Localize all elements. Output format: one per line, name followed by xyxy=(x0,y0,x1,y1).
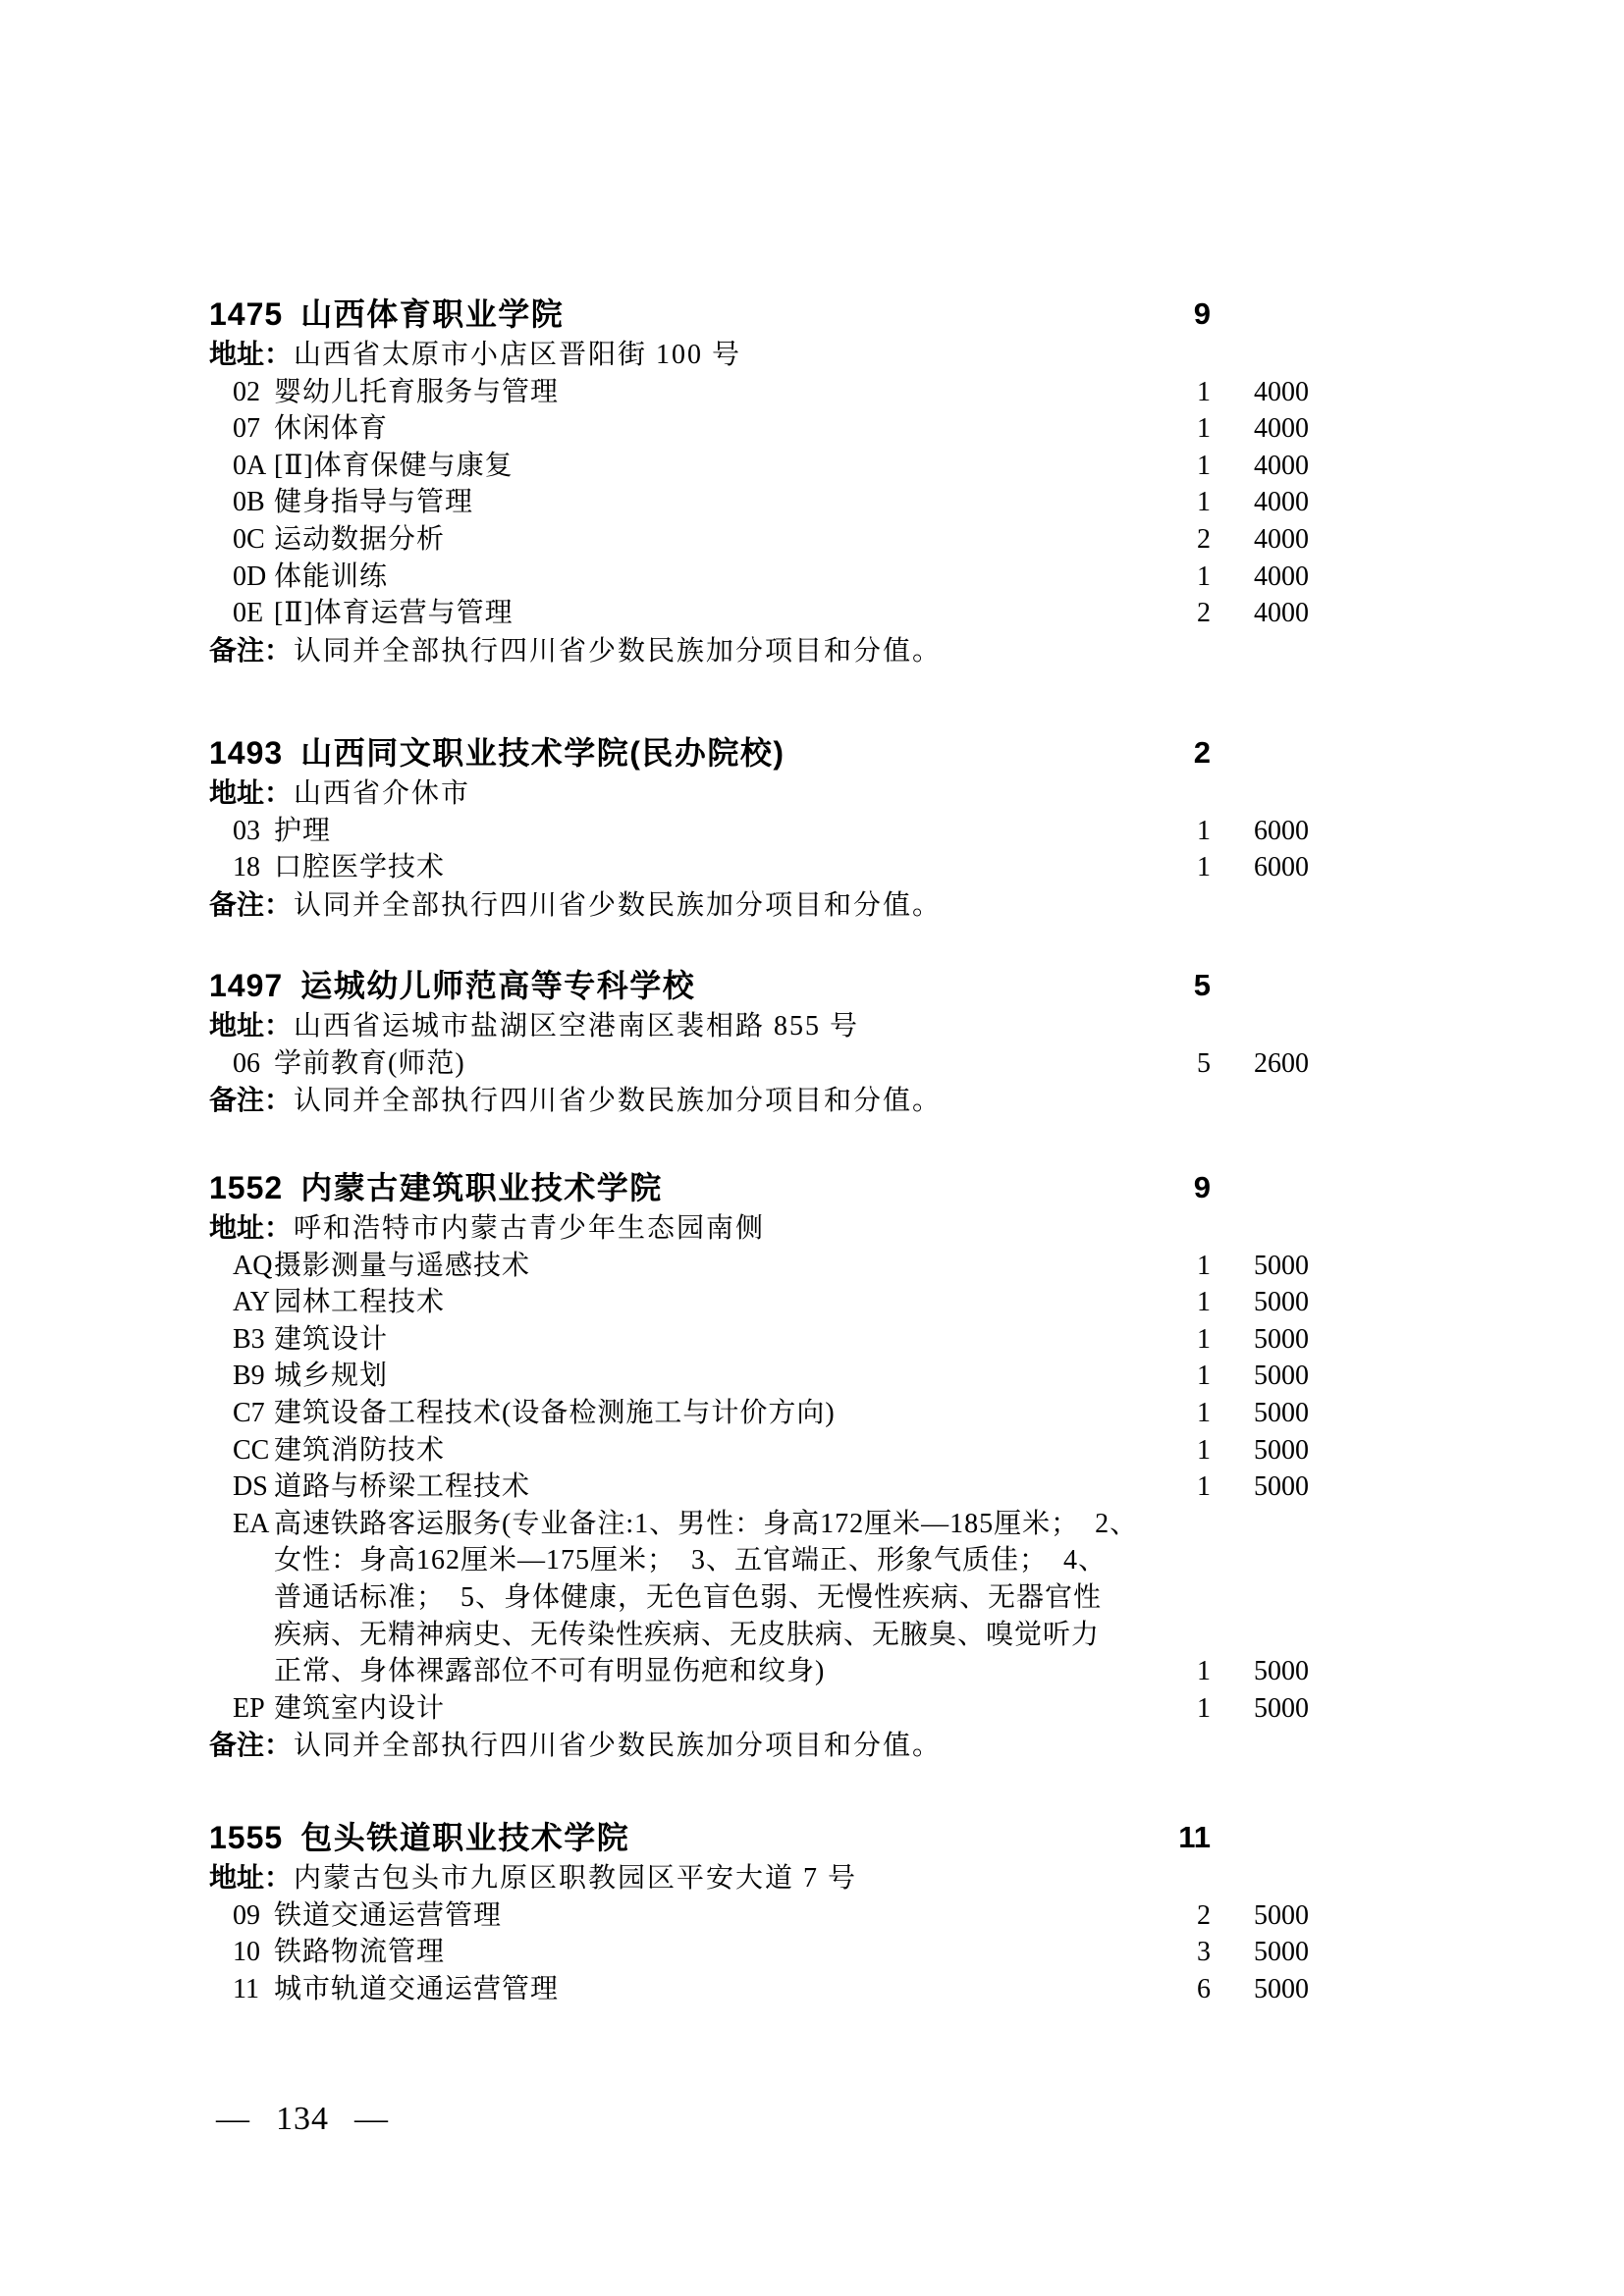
major-tuition-fee: 6000 xyxy=(1211,849,1309,886)
major-plan-count: 1 xyxy=(1152,559,1211,596)
school-name: 包头铁道职业技术学院 xyxy=(300,1820,629,1855)
major-tuition-fee: 4000 xyxy=(1211,448,1309,485)
major-plan-count: 1 xyxy=(1152,1358,1211,1395)
note-label: 备注： xyxy=(209,1730,292,1760)
major-code: 0B xyxy=(233,484,264,521)
note-label: 备注： xyxy=(209,889,292,920)
major-row: 11城市轨道交通运营管理 6 5000 xyxy=(209,1971,1309,2008)
major-tuition-fee: 4000 xyxy=(1211,521,1309,559)
note-label: 备注： xyxy=(209,635,292,666)
major-code: EA xyxy=(233,1506,264,1543)
major-row: C7建筑设备工程技术(设备检测施工与计价方向) 1 5000 xyxy=(209,1395,1309,1432)
major-plan-count: 1 xyxy=(1152,1248,1211,1285)
major-row: 09铁道交通运营管理 2 5000 xyxy=(209,1897,1309,1935)
major-row: 0C运动数据分析 2 4000 xyxy=(209,521,1309,559)
major-plan-count: 1 xyxy=(1152,1690,1211,1728)
major-tuition-fee: 5000 xyxy=(1211,1897,1309,1935)
major-tuition-fee: 5000 xyxy=(1211,1934,1309,1971)
major-code: B9 xyxy=(233,1358,264,1395)
major-plan-count: 1 xyxy=(1152,410,1211,448)
major-plan-count: 1 xyxy=(1152,1468,1211,1506)
major-row: 07休闲体育 1 4000 xyxy=(209,410,1309,448)
major-row: 0A[Ⅱ]体育保健与康复 1 4000 xyxy=(209,448,1309,485)
major-plan-count: 1 xyxy=(1152,484,1211,521)
major-row: 02婴幼儿托育服务与管理 1 4000 xyxy=(209,374,1309,411)
major-tuition-fee: 5000 xyxy=(1211,1284,1309,1321)
major-code: 07 xyxy=(233,410,264,448)
major-row: 0E[Ⅱ]体育运营与管理 2 4000 xyxy=(209,595,1309,632)
major-tuition-fee: 4000 xyxy=(1211,595,1309,632)
major-row: 0D体能训练 1 4000 xyxy=(209,559,1309,596)
major-plan-count: 2 xyxy=(1152,1897,1211,1935)
major-code: 02 xyxy=(233,374,264,411)
address-text: 内蒙古包头市九原区职教园区平安大道 7 号 xyxy=(294,1863,857,1894)
school-section-1555: 1555包头铁道职业技术学院 11 地址：内蒙古包头市九原区职教园区平安大道 7… xyxy=(209,1816,1309,2007)
school-code: 1555 xyxy=(209,1820,283,1855)
major-code: 0E xyxy=(233,595,264,632)
major-tuition-fee: 5000 xyxy=(1211,1971,1309,2008)
major-code: 0A xyxy=(233,448,264,485)
major-plan-count: 1 xyxy=(1152,1395,1211,1432)
school-plan-total: 2 xyxy=(1132,731,1211,774)
major-code: DS xyxy=(233,1468,264,1506)
address-text: 山西省运城市盐湖区空港南区裴相路 855 号 xyxy=(294,1011,859,1041)
school-section-1552: 1552内蒙古建筑职业技术学院 9 地址：呼和浩特市内蒙古青少年生态园南侧 AQ… xyxy=(209,1166,1309,1765)
school-code: 1552 xyxy=(209,1170,283,1205)
major-row: 18口腔医学技术 1 6000 xyxy=(209,849,1309,886)
school-section-1497: 1497运城幼儿师范高等专科学校 5 地址：山西省运城市盐湖区空港南区裴相路 8… xyxy=(209,964,1309,1120)
major-code: AQ xyxy=(233,1248,264,1285)
major-plan-count: 1 xyxy=(1152,813,1211,850)
major-tuition-fee: 5000 xyxy=(1211,1321,1309,1359)
major-tuition-fee: 4000 xyxy=(1211,374,1309,411)
major-code: 0C xyxy=(233,521,264,559)
address-label: 地址： xyxy=(209,1212,292,1243)
major-tuition-fee: 5000 xyxy=(1211,1653,1309,1690)
catalog-page: { "labels": { "address": "地址：", "note": … xyxy=(0,0,1624,2296)
school-plan-total: 9 xyxy=(1132,293,1211,336)
major-plan-count: 1 xyxy=(1152,849,1211,886)
major-row: CC建筑消防技术 1 5000 xyxy=(209,1432,1309,1469)
address-text: 呼和浩特市内蒙古青少年生态园南侧 xyxy=(294,1213,765,1244)
major-code: 0D xyxy=(233,559,264,596)
note-text: 认同并全部执行四川省少数民族加分项目和分值。 xyxy=(294,890,942,921)
major-code: 18 xyxy=(233,849,264,886)
major-plan-count: 1 xyxy=(1152,448,1211,485)
address-label: 地址： xyxy=(209,1010,292,1041)
major-code: 11 xyxy=(233,1971,264,2008)
note-label: 备注： xyxy=(209,1085,292,1115)
address-row: 地址：山西省介休市 xyxy=(209,774,1309,813)
major-plan-count: 2 xyxy=(1152,521,1211,559)
major-tuition-fee: 5000 xyxy=(1211,1690,1309,1728)
major-tuition-fee: 5000 xyxy=(1211,1432,1309,1469)
address-label: 地址： xyxy=(209,777,292,808)
note-text: 认同并全部执行四川省少数民族加分项目和分值。 xyxy=(294,1731,942,1761)
address-label: 地址： xyxy=(209,1862,292,1893)
major-code: 09 xyxy=(233,1897,264,1935)
address-row: 地址：内蒙古包头市九原区职教园区平安大道 7 号 xyxy=(209,1859,1309,1897)
major-row: 06学前教育(师范) 5 2600 xyxy=(209,1045,1309,1083)
page-number-dash-left: — xyxy=(216,2101,250,2138)
address-row: 地址：呼和浩特市内蒙古青少年生态园南侧 xyxy=(209,1209,1309,1248)
school-name: 山西体育职业学院 xyxy=(300,296,564,332)
school-header: 1493山西同文职业技术学院(民办院校) 2 xyxy=(209,731,1309,774)
major-plan-count: 1 xyxy=(1152,1321,1211,1359)
major-tuition-fee: 5000 xyxy=(1211,1468,1309,1506)
major-row: 03护理 1 6000 xyxy=(209,813,1309,850)
school-header: 1475山西体育职业学院 9 xyxy=(209,293,1309,336)
school-name: 山西同文职业技术学院(民办院校) xyxy=(300,735,785,771)
school-name: 运城幼儿师范高等专科学校 xyxy=(300,968,695,1003)
major-plan-count: 6 xyxy=(1152,1971,1211,2008)
address-row: 地址：山西省太原市小店区晋阳街 100 号 xyxy=(209,336,1309,374)
major-row: 0B健身指导与管理 1 4000 xyxy=(209,484,1309,521)
address-text: 山西省介休市 xyxy=(294,778,470,809)
page-number: — 134 — xyxy=(216,2101,389,2138)
note-row: 备注：认同并全部执行四川省少数民族加分项目和分值。 xyxy=(209,1082,1309,1120)
major-row: AY园林工程技术 1 5000 xyxy=(209,1284,1309,1321)
school-plan-total: 11 xyxy=(1132,1816,1211,1859)
major-plan-count: 3 xyxy=(1152,1934,1211,1971)
major-tuition-fee: 5000 xyxy=(1211,1248,1309,1285)
major-tuition-fee: 4000 xyxy=(1211,410,1309,448)
note-row: 备注：认同并全部执行四川省少数民族加分项目和分值。 xyxy=(209,1727,1309,1765)
school-code: 1475 xyxy=(209,296,283,332)
major-code: C7 xyxy=(233,1395,264,1432)
major-plan-count: 1 xyxy=(1152,1432,1211,1469)
major-plan-count: 1 xyxy=(1152,374,1211,411)
school-header: 1552内蒙古建筑职业技术学院 9 xyxy=(209,1166,1309,1209)
major-plan-count: 5 xyxy=(1152,1045,1211,1083)
major-tuition-fee: 2600 xyxy=(1211,1045,1309,1083)
address-text: 山西省太原市小店区晋阳街 100 号 xyxy=(294,340,741,370)
major-code: B3 xyxy=(233,1321,264,1359)
major-plan-count: 2 xyxy=(1152,595,1211,632)
note-text: 认同并全部执行四川省少数民族加分项目和分值。 xyxy=(294,636,942,667)
major-tuition-fee: 5000 xyxy=(1211,1395,1309,1432)
page-number-value: 134 xyxy=(276,2101,329,2138)
major-row: B9城乡规划 1 5000 xyxy=(209,1358,1309,1395)
major-plan-count: 1 xyxy=(1152,1284,1211,1321)
school-header: 1555包头铁道职业技术学院 11 xyxy=(209,1816,1309,1859)
school-plan-total: 5 xyxy=(1132,964,1211,1007)
major-code: 03 xyxy=(233,813,264,850)
major-row: DS道路与桥梁工程技术 1 5000 xyxy=(209,1468,1309,1506)
major-row: B3建筑设计 1 5000 xyxy=(209,1321,1309,1359)
school-section-1475: 1475山西体育职业学院 9 地址：山西省太原市小店区晋阳街 100 号 02婴… xyxy=(209,293,1309,669)
school-code: 1497 xyxy=(209,968,283,1003)
major-code: 06 xyxy=(233,1045,264,1083)
major-code: EP xyxy=(233,1690,264,1728)
major-row: AQ摄影测量与遥感技术 1 5000 xyxy=(209,1248,1309,1285)
major-row-multiline: EA高速铁路客运服务(专业备注:1、男性：身高172厘米—185厘米； 2、 女… xyxy=(209,1506,1309,1690)
note-text: 认同并全部执行四川省少数民族加分项目和分值。 xyxy=(294,1086,942,1116)
school-name: 内蒙古建筑职业技术学院 xyxy=(300,1170,663,1205)
school-section-1493: 1493山西同文职业技术学院(民办院校) 2 地址：山西省介休市 03护理 1 … xyxy=(209,731,1309,924)
major-code: CC xyxy=(233,1432,264,1469)
major-tuition-fee: 5000 xyxy=(1211,1358,1309,1395)
address-row: 地址：山西省运城市盐湖区空港南区裴相路 855 号 xyxy=(209,1007,1309,1045)
school-header: 1497运城幼儿师范高等专科学校 5 xyxy=(209,964,1309,1007)
address-label: 地址： xyxy=(209,339,292,369)
major-row: EP建筑室内设计 1 5000 xyxy=(209,1690,1309,1728)
school-plan-total: 9 xyxy=(1132,1166,1211,1209)
note-row: 备注：认同并全部执行四川省少数民族加分项目和分值。 xyxy=(209,886,1309,925)
major-row: 10铁路物流管理 3 5000 xyxy=(209,1934,1309,1971)
major-tuition-fee: 4000 xyxy=(1211,484,1309,521)
major-tuition-fee: 6000 xyxy=(1211,813,1309,850)
major-plan-count: 1 xyxy=(1152,1653,1211,1690)
major-code: 10 xyxy=(233,1934,264,1971)
page-number-dash-right: — xyxy=(354,2101,389,2138)
school-code: 1493 xyxy=(209,735,283,771)
major-tuition-fee: 4000 xyxy=(1211,559,1309,596)
major-code: AY xyxy=(233,1284,264,1321)
note-row: 备注：认同并全部执行四川省少数民族加分项目和分值。 xyxy=(209,632,1309,670)
